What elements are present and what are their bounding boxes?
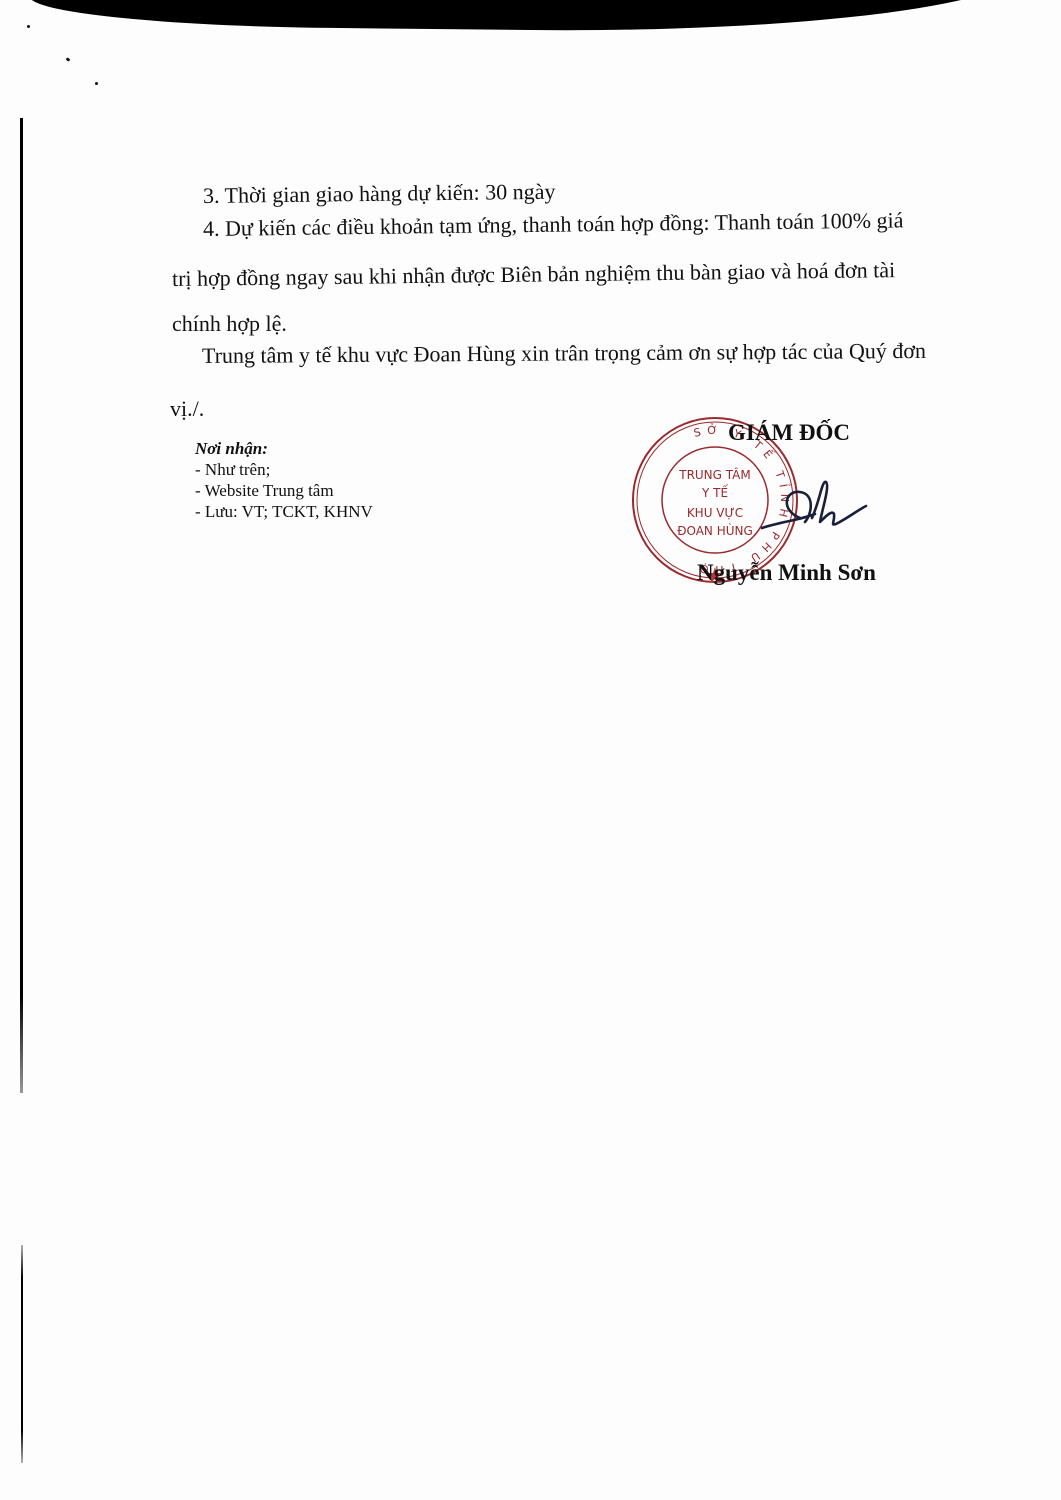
- recipient-item: - Website Trung tâm: [195, 480, 373, 501]
- scan-shadow-left-lower: [21, 1245, 23, 1463]
- payment-terms-paragraph: 4. Dự kiến các điều khoản tạm ứng, thanh…: [203, 209, 904, 240]
- handwritten-signature-icon: [760, 470, 870, 540]
- scan-shadow-top: [30, 0, 1031, 35]
- recipient-item: - Lưu: VT; TCKT, KHNV: [195, 501, 373, 522]
- payment-terms-continued: trị hợp đồng ngay sau khi nhận được Biên…: [172, 259, 895, 290]
- svg-text:Y TẾ: Y TẾ: [701, 484, 728, 500]
- svg-text:ĐOAN HÙNG: ĐOAN HÙNG: [677, 523, 753, 538]
- thanks-paragraph-end: vị./.: [170, 398, 204, 420]
- signatory-title: GIÁM ĐỐC: [728, 420, 850, 446]
- scan-speck: [27, 25, 30, 28]
- delivery-time-paragraph: 3. Thời gian giao hàng dự kiến: 30 ngày: [203, 181, 556, 207]
- scan-shadow-left: [20, 118, 23, 1093]
- scan-speck: [95, 82, 98, 85]
- svg-text:KHU VỰC: KHU VỰC: [687, 506, 743, 520]
- scan-speck: [66, 57, 71, 62]
- svg-text:TRUNG TÂM: TRUNG TÂM: [678, 467, 751, 482]
- signatory-name: Nguyễn Minh Sơn: [697, 560, 876, 586]
- recipient-item: - Như trên;: [195, 459, 373, 480]
- payment-terms-end: chính hợp lệ.: [172, 313, 287, 335]
- document-page: 3. Thời gian giao hàng dự kiến: 30 ngày …: [0, 0, 1061, 1500]
- recipients-block: Nơi nhận: - Như trên; - Website Trung tâ…: [195, 438, 373, 522]
- thanks-paragraph: Trung tâm y tế khu vực Đoan Hùng xin trâ…: [202, 340, 926, 367]
- recipients-title: Nơi nhận:: [195, 438, 373, 459]
